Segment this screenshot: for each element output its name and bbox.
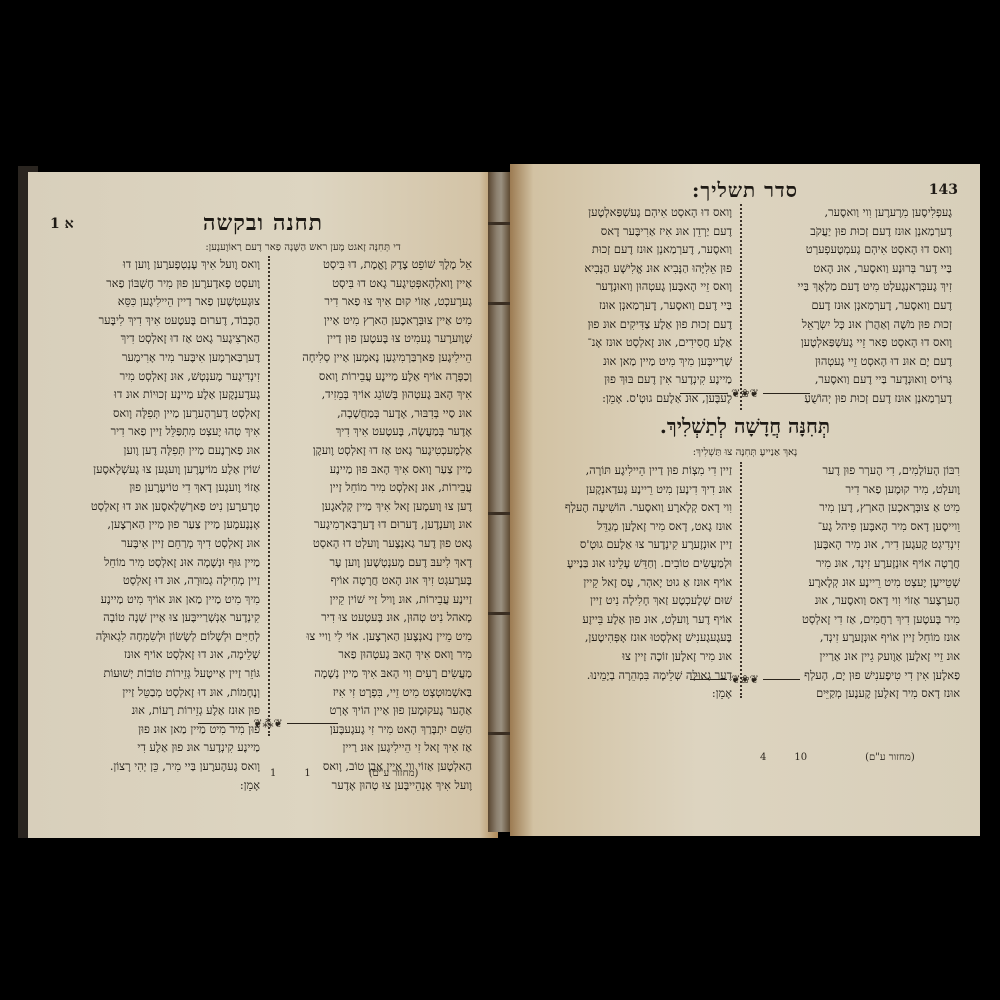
text-line: מַיינֶע קִינְדֶער אוּנ פוּן אַלֶע דִי — [72, 739, 260, 758]
text-line: אָמֵן: — [72, 777, 260, 796]
flourish-icon: ❦⁂❦ — [249, 717, 286, 730]
text-line: בֶּעגֶעגֶענִישׁ זָאלְסְטוּ אוּנז אָפְּהִ… — [528, 629, 732, 648]
open-book: תחנה ובקשה א 1 די תְּחִנָּה זָאגט מֶען ר… — [20, 162, 980, 838]
text-line: אַזוֹי וֶועגֶען דָאךְ דִי טוֹיעֶרֶען פוּ… — [72, 479, 260, 498]
text-line: אוּנ מִיר זָאלֶען זוֹכֶה זַיין צוּ — [528, 648, 732, 667]
left-page-subtitle: די תְּחִנָּה זָאגט מֶען ראש הַשָּׁנָה פַ… — [28, 242, 498, 253]
text-line: מַיין צַעַר וָואס אִיךְ הָאבּ פוּן מַיינ… — [284, 461, 472, 480]
text-line: זָאלְסְט דֶערְהֶערֶען מַיין תְּפִלָּה וָ… — [72, 405, 260, 424]
text-line: אִיךְ הָאבּ גֶעטְהוּן בְּשׁוֹגֵג אוֹיךְ … — [284, 386, 472, 405]
right-page-top-right-column: גֶעפְלִיסֶען מִרֶערֶען וִוי וַואסֶער,דֶע… — [750, 204, 958, 410]
footer-number-b: 1 — [304, 768, 310, 779]
text-line: זַיינֶע עֲבֵירוֹת, אוּנ וֶויל זַיי שׁוֹי… — [284, 591, 472, 610]
text-line: עֲבֵירוֹת, אוּנ זָאלְסְט מִיר מוֹחֵל זַי… — [284, 479, 472, 498]
text-line: בֶּערֶעגְט זִיךְ אוּנ הָאט חֲרָטָה אוֹיף — [284, 572, 472, 591]
text-line: מִיט אַ צוּבְּרָאכֶען הַארְץ, דֶען מִיר — [756, 499, 960, 518]
text-line: בַּיי דֶעם וַואסֶער, דֶערְמַאנְן אוּנז — [536, 297, 732, 316]
text-line: מִיר בֶּעטֶען דִיךְ רַחֲמִים, אַז דִי זָ… — [756, 611, 960, 630]
left-page: תחנה ובקשה א 1 די תְּחִנָּה זָאגט מֶען ר… — [28, 172, 498, 838]
section-title: תְּחִנָּה חֲדָשָׁה לְתַשְׁלִיךְ. — [510, 414, 980, 439]
column-divider — [268, 256, 276, 736]
text-line: מִיט אַיין צוּבְּרָאכֶען הַארְץ מִיט אַי… — [284, 312, 472, 331]
text-line: פוּן אֵלִיָּהוּ הַנָּבִיא אוּנ אֱלִישָׁע… — [536, 260, 732, 279]
text-line: אוֹיף דֶער וֶועלְט, אוּנ פוּן אַלֶע בֵּי… — [528, 611, 732, 630]
right-page-bottom-right-column: רִבּוֹן הָעוֹלָמִים, דִי הֶערְר פוּן דֶע… — [750, 462, 966, 698]
text-line: דֶעם יַרְדֵן אוּנ אִיז אַרִיבֶּער דָאס — [536, 223, 732, 242]
text-line: דָאךְ לִיעבּ דֶעם מֶענְטְשֶׁען וֶוען עֶר — [284, 554, 472, 573]
left-page-header: תחנה ובקשה — [28, 210, 498, 236]
left-page-right-column: אֵל מֶלֶךְ שׁוֹפֵט צֶדֶק וֶאֱמֶת, דוּ בִ… — [278, 256, 478, 736]
text-line: אָנְנֶעמֶען מַיין צַעַר פוּן מַיין הַארְ… — [72, 516, 260, 535]
text-line: צוּגֶעטְשֶׁען פַאר דַיין הֵיילִיגֶען כִּ… — [72, 293, 260, 312]
text-line: שְׁלֵימָה, אוּנ דוּ זָאלְסְט אוֹיף אוּנז — [72, 646, 260, 665]
text-line: טְרֶערֶען נִיט פַארְשְׁלָאסֶען אוּנ דוּ … — [72, 498, 260, 517]
right-page-bottom-columns: רִבּוֹן הָעוֹלָמִים, דִי הֶערְר פוּן דֶע… — [522, 462, 966, 698]
text-line: חֲרָטָה אוֹיף אוּנְזֶערֶע זִינְד, אוּנ מ… — [756, 555, 960, 574]
left-page-marker: א 1 — [50, 216, 74, 233]
text-line: וֶועלְט, מִיר קוּמֶען פַאר דִיר — [756, 481, 960, 500]
text-line: דֶעם וַואסֶער, דֶערְמַאנְן אוּנז דֶעם — [756, 297, 952, 316]
text-line: גֶעדֶענְקֶען אַלֶע מַיינֶע זְכוּיוֹת אוּ… — [72, 386, 260, 405]
text-line: אוּנז מוֹחֵל זַיין אוֹיף אוּנְזֶערֶע זִי… — [756, 629, 960, 648]
running-head: סדר תשליך: — [692, 178, 798, 202]
text-line: זִיךְ גֶעבְּרַאנְגֶעלְט מִיט דֶעם מַלְאָ… — [756, 278, 952, 297]
text-line: מִיר וָואס אִיךְ הָאבּ גֶעטְהוּן פַאר — [284, 646, 472, 665]
text-line: וְכַפָּרָה אוֹיף אַלֶע מַיינֶע עֲבֵירוֹת… — [284, 368, 472, 387]
footer-signature: (מחזור ע"ם) — [369, 768, 419, 779]
text-line: וֶועל אִיךְ אָנְהֵייבֶּען צוּ טְהוּן אָד… — [284, 777, 472, 796]
text-line: גֶערֶעכְט, אַזוֹי קוּם אִיךְ צוּ פַאר דִ… — [284, 293, 472, 312]
text-line: אַיין וָואלְהָאפְּטִיגֶער גָאט דוּ בִּיס… — [284, 275, 472, 294]
text-line: הַכָּבוֹד, דֶערוּם בֶּעטֶעט אִיךְ דִיךְ … — [72, 312, 260, 331]
text-line: מַעֲשִׂים רָעִים וִוי הָאבּ אִיךְ מַיין … — [284, 665, 472, 684]
left-page-columns: אֵל מֶלֶךְ שׁוֹפֵט צֶדֶק וֶאֱמֶת, דוּ בִ… — [66, 256, 478, 736]
text-line: וָואס דוּ הָאסְט פַאר זֵיי גֶעשְׁפַּאלְט… — [756, 334, 952, 353]
text-line: וַואסֶער, דֶערְמַאנְן אוּנז דֶעם זְכוּת — [536, 241, 732, 260]
footer-number-a: 10 — [794, 752, 807, 763]
text-line: הֵיילִיגֶען פַארְבַּרְמִיגְעַן נָאמֶען א… — [284, 349, 472, 368]
right-page: סדר תשליך: 143 גֶעפְלִיסֶען מִרֶערֶען וִ… — [510, 164, 980, 836]
text-line: וּלְמַעֲשִׂים טוֹבִים. וְחַדֵּשׁ עָלֵינו… — [528, 555, 732, 574]
text-line: לְחַיִּים וּלְשָׁלוֹם לְשָׂשׂוֹן וּלְשִׂ… — [72, 628, 260, 647]
text-line: קִינְדֶער אָנְשְׁרַייבֶּען צוּ אַיין שָׁ… — [72, 609, 260, 628]
text-line: אֵל מֶלֶךְ שׁוֹפֵט צֶדֶק וֶאֱמֶת, דוּ בִ… — [284, 256, 472, 275]
text-line: וָואס זֵיי הָאבֶּען גֶעטְהוּן וַואוּנְדֶ… — [536, 278, 732, 297]
text-line: אוּנ סַיי בְּדִבּוּר, אָדֶער בְּמַחֲשָׁב… — [284, 405, 472, 424]
text-line: זַיין אוּנְזֶערֶע קִינְדֶער צוּ אַלֶעם ג… — [528, 536, 732, 555]
text-line: זְכוּת פוּן מֹשֶׁה וְאַהֲרֹן אוּנ כָּל י… — [756, 316, 952, 335]
text-line: מִיט מֵיין נַאנְצֶען הַארְצֶען. אוֹי לִי… — [284, 628, 472, 647]
text-line: וְנֶחָמוֹת, אוּנ דוּ זָאלְסְט מְבַטֵּל ז… — [72, 684, 260, 703]
right-page-footer: 4 10 (מחזור ע"ם) — [760, 752, 915, 763]
text-line: מָאהל נִיט טְהוּן, אוּנ בֶּעטֶעט צוּ דִי… — [284, 609, 472, 628]
text-line: אִיךְ טְהוּ יֶעצְט מִתְפַּלֵּל זַיין פַא… — [72, 423, 260, 442]
text-line: רִבּוֹן הָעוֹלָמִים, דִי הֶערְר פוּן דֶע… — [756, 462, 960, 481]
right-page-top-left-column: וָואס דוּ הָאסְט אִיהְם גֶעשְׁפַּאלְטֶען… — [530, 204, 738, 410]
text-line: וִוי דָאס קְלָארֶע וַואסֶער. הוֹשִׁיעָה … — [528, 499, 732, 518]
text-line: וָואס דוּ הָאסְט אִיהְם גֶעשְׁפַּאלְטֶען — [536, 204, 732, 223]
text-line: אוּנ וֶוענְדֶען, דֶערוּם דוּ דֶערְבַּארְ… — [284, 516, 472, 535]
flourish-icon: ❦❀❦ — [727, 387, 763, 400]
text-line: אָדֶער בְּמַעֲשֶׂה, בֶּעטֶעט אִיךְ דִיךְ — [284, 423, 472, 442]
text-line: וֵוייסֶען דָאס מִיר הָאבֶּען פִיהל גֶע־ — [756, 518, 960, 537]
column-divider — [740, 462, 748, 698]
text-line: דֶעם זְכוּת פוּן אַלֶע צַדִּיקִים אוּנ פ… — [536, 316, 732, 335]
end-ornament: ❦⁂❦ — [198, 718, 338, 728]
text-line: אוּנ זֵיי זָאלֶען אַוֶועק גֵיין אוּנ אַר… — [756, 648, 960, 667]
text-line: מִיךְ מִיט מַיין מַאן אוּנ אוֹיךְ מִיט מ… — [72, 591, 260, 610]
text-line: זַיין מְחִילָה גְמוּרָה, אוּנ דוּ זָאלְס… — [72, 572, 260, 591]
text-line: שְׁרַייבֶּען מִיךְ מִיט מַיין מַאן אוּנ — [536, 353, 732, 372]
section-subtitle: נָאךְ אַנַייעֶ תְּחִנָּה צוּ תַּשְׁלִיךְ… — [510, 447, 980, 458]
text-line: שְׁוֶוערֶער גֶעמִיט צוּ בֶּעטֶען פוּן דַ… — [284, 330, 472, 349]
text-line: וָואס דוּ הָאסְט אִיהְם גֶעמְטֶעפְערְט — [756, 241, 952, 260]
footer-signature: (מחזור ע"ם) — [865, 752, 915, 763]
text-line: הַארְצִיגֶער גָאט אַז דוּ זָאלְסְט דִיךְ — [72, 330, 260, 349]
text-line: זִינְדִיגְט קֶעגֶען דִיר, אוּנ מִיר הָאב… — [756, 536, 960, 555]
text-line: הֶערְצֶער אַזוֹי וִוי דָאס וַואסֶער, אוּ… — [756, 592, 960, 611]
text-line: אוֹיף אוּנז אַ גוּט יָאהְר, עֶס זָאל קֵי… — [528, 574, 732, 593]
text-line: זַיין דִי מִצְוֹת פוּן דַיין הֵיילִיגֶע … — [528, 462, 732, 481]
right-page-header: סדר תשליך: — [510, 178, 980, 203]
footer-number-b: 4 — [760, 752, 766, 763]
text-line: אָמֵן: — [528, 685, 732, 704]
text-line: דֶעם יָם אוּנ דוּ הָאסְט זֵיי גֶעטְהוּן — [756, 353, 952, 372]
column-divider — [740, 204, 748, 410]
text-line: וֶועסְט פָאדֶערֶען פוּן מִיר חֶשְׁבּוֹן … — [72, 275, 260, 294]
footer-number-a: 1 — [270, 768, 276, 779]
text-line: אוּנ פַארְנֶעם מַיין תְּפִלָּה דֶען וֶוע… — [72, 442, 260, 461]
text-line: דֶען צוּ וֶועמֶען זָאל אִיךְ מַיין קְלָא… — [284, 498, 472, 517]
right-page-bottom-left-column: זַיין דִי מִצְוֹת פוּן דַיין הֵיילִיגֶע … — [522, 462, 738, 698]
right-page-top-columns: גֶעפְלִיסֶען מִרֶערֶען וִוי וַואסֶער,דֶע… — [530, 204, 958, 410]
text-line: דֶערְבַּארְמֶען אִיבֶּער מִיר אָרִימֶער — [72, 349, 260, 368]
text-line: אוּנ דִיךְ דִינֶען מִיט רֵיינֶע גֶעדַאנְ… — [528, 481, 732, 500]
text-line: שׁוֹין אַלֶע מוֹיעֶרֶען וֶועגֶען צוּ גֶע… — [72, 461, 260, 480]
text-line: גָאט פוּן דֶער גַאנְצֶער וֶועלְט דוּ הָא… — [284, 535, 472, 554]
text-line: מַיין גּוּף וּנְשָׁמָה אוּנ זָאלְסְט מִי… — [72, 554, 260, 573]
left-page-left-column: וָואס וֶועל אִיךְ עֶנְטְפֶערֶען וֶוען דו… — [66, 256, 266, 736]
text-line: אוּנז דָאס מִיר זָאלֶען קֶענֶען מְקַיֵּי… — [756, 685, 960, 704]
text-line: שְׁטֵייעֶן יֶעצְט מִיט רֵיינֶע אוּנ קְלָ… — [756, 574, 960, 593]
text-line: גֶעפְלִיסֶען מִרֶערֶען וִוי וַואסֶער, — [756, 204, 952, 223]
left-page-title: תחנה ובקשה — [203, 210, 323, 236]
text-line: אַלְמֶעכְטִיגֶער גָאט אַז דוּ זָאלְסְט ו… — [284, 442, 472, 461]
text-line: וָואס גֶעהֶערֶען בַּיי מִיר, כֵּן יְהִי … — [72, 758, 260, 777]
end-ornament: ❦❀❦ — [690, 674, 800, 684]
text-line: אַלֶע חֲסִידִים, אוּנ זָאלְסְט אוּנז אָנ… — [536, 334, 732, 353]
text-line: אוּנז גָאט, דָאס מִיר זָאלֶען מְגַדֵּל — [528, 518, 732, 537]
text-line: בַּיי דֶער בְּרוּנֶע וַואסֶער, אוּנ הָאט — [756, 260, 952, 279]
section-ornament: ❦❀❦ — [680, 388, 810, 398]
text-line: אַז אִיךְ זָאל זִי הֵיילִיגֶען אוּנ רַיי… — [284, 739, 472, 758]
book-spine — [488, 172, 510, 832]
text-line: דֶערְמַאנְן אוּנז דֶעם זְכוּת פוּן יַעֲק… — [756, 223, 952, 242]
text-line: וָואס וֶועל אִיךְ עֶנְטְפֶערֶען וֶוען דו… — [72, 256, 260, 275]
text-line: שׁוּם שְׁלֶעכְטֶע זַאךְ חָלִילָה נִיט זַ… — [528, 592, 732, 611]
text-line: זִינְדִיגֶער מֶענְטְשׁ, אוּנ זָאלְסְט מִ… — [72, 368, 260, 387]
flourish-icon: ❦❀❦ — [727, 673, 763, 686]
left-page-footer: 1 1 (מחזור ע"ם) — [270, 768, 418, 779]
page-number: 143 — [929, 182, 958, 198]
text-line: בַּאשְׁמוּטְצְט מִיט זֵיי, בִּפְרָט זִי … — [284, 684, 472, 703]
text-line: גּוֹזֵר זַיין אַייטֶעל גְּזֵירוֹת טוֹבוֹ… — [72, 665, 260, 684]
text-line: אוּנ זָאלְסְט דִיךְ מְרַחֵם זַיין אִיבֶּ… — [72, 535, 260, 554]
